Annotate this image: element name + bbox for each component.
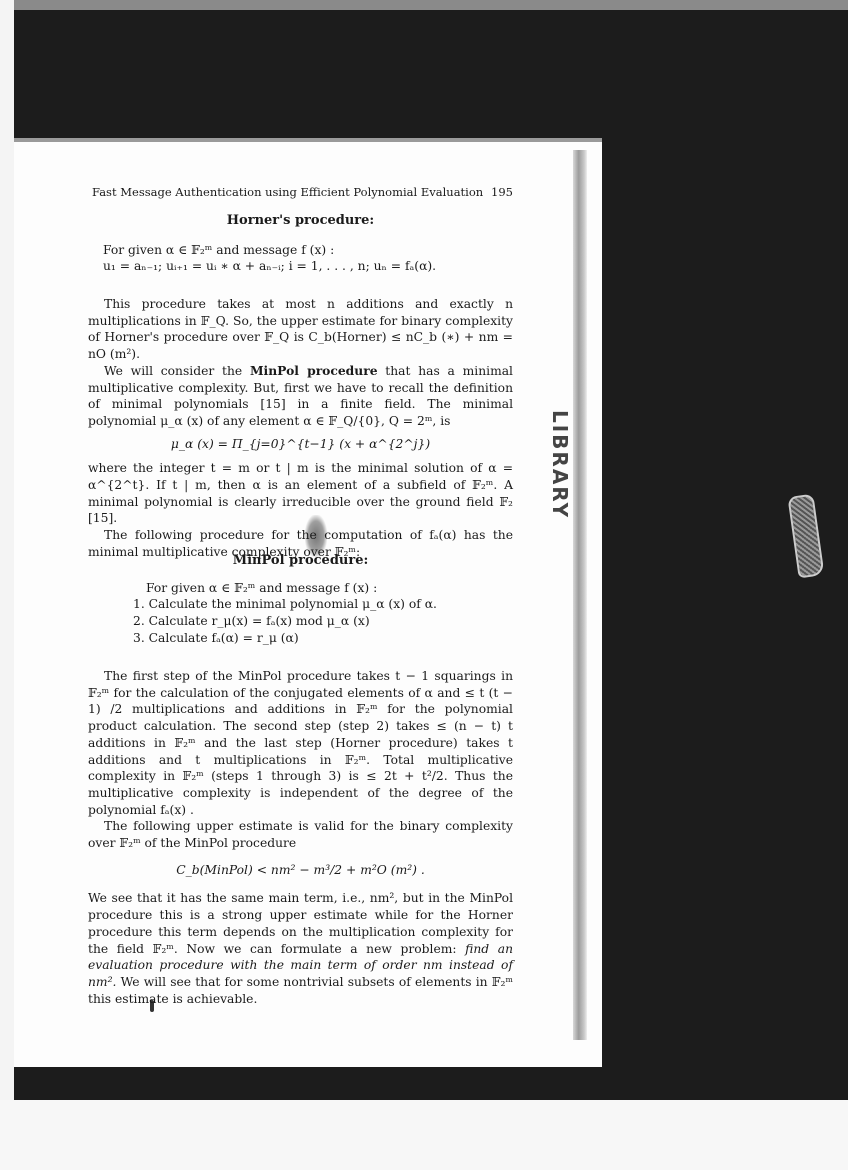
running-title: Fast Message Authentication using Effici… (92, 185, 483, 199)
scan-top-edge (0, 0, 848, 10)
page-number: 195 (491, 185, 513, 199)
paragraph-first-step: The first step of the MinPol procedure t… (88, 668, 513, 818)
body-part-2: The first step of the MinPol procedure t… (88, 668, 513, 1007)
paragraph-upper-estimate: The following upper estimate is valid fo… (88, 818, 513, 851)
page-binding-edge (573, 150, 587, 1040)
library-stamp: LIBRARY (548, 410, 572, 610)
paragraph-minpol-intro: We will consider the MinPol procedure th… (88, 363, 513, 430)
scan-left-edge (0, 0, 14, 1170)
cover-sticker (787, 494, 824, 579)
horner-line-1: For given α ∈ 𝔽₂ᵐ and message f (x) : (88, 242, 513, 259)
scan-bottom-edge (0, 1100, 848, 1170)
paragraph-integer-t: where the integer t = m or t | m is the … (88, 460, 513, 527)
minpol-heading: MinPol procedure: (88, 553, 513, 570)
running-header: Fast Message Authentication using Effici… (92, 185, 513, 199)
horner-section: Horner's procedure: For given α ∈ 𝔽₂ᵐ an… (88, 213, 513, 275)
body-part-1: This procedure takes at most n additions… (88, 296, 513, 561)
minpol-step: 1. Calculate the minimal polynomial μ_α … (133, 596, 513, 613)
equation-minpol-complexity: C_b(MinPol) < nm² − m³/2 + m²O (m²) . (88, 862, 513, 879)
minpol-intro: For given α ∈ 𝔽₂ᵐ and message f (x) : (146, 580, 513, 597)
equation-minimal-polynomial: μ_α (x) = Π_{j=0}^{t−1} (x + α^{2^j}) (88, 436, 513, 453)
minpol-step: 3. Calculate fₐ(α) = r_μ (α) (133, 630, 513, 647)
horner-heading: Horner's procedure: (88, 213, 513, 230)
minpol-section: MinPol procedure: For given α ∈ 𝔽₂ᵐ and … (88, 553, 513, 647)
paragraph-horner-complexity: This procedure takes at most n additions… (88, 296, 513, 363)
minpol-step: 2. Calculate r_μ(x) = fₐ(x) mod μ_α (x) (133, 613, 513, 630)
minpol-steps: For given α ∈ 𝔽₂ᵐ and message f (x) : 1.… (88, 580, 513, 647)
horner-line-2: u₁ = aₙ₋₁; uᵢ₊₁ = uᵢ ∗ α + aₙ₋ᵢ; i = 1, … (88, 258, 513, 275)
paragraph-main-term: We see that it has the same main term, i… (88, 890, 513, 1007)
